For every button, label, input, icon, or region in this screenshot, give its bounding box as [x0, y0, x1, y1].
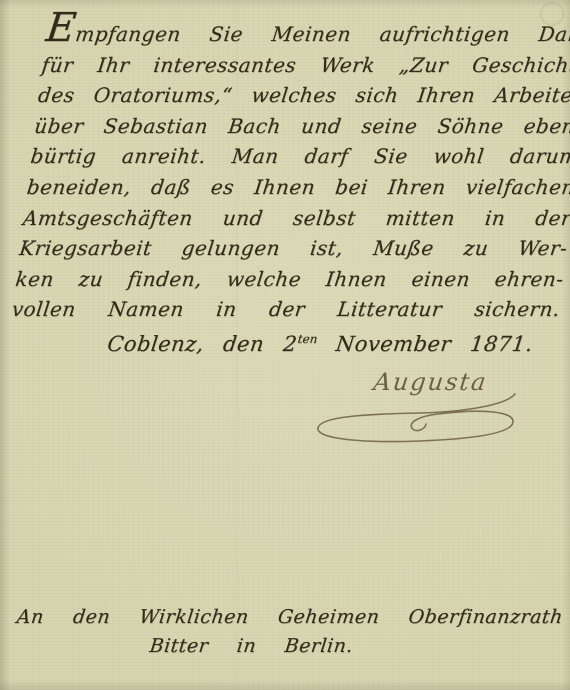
letter-body-line: beneiden, daß es Ihnen bei Ihren vielfac… [25, 172, 570, 203]
letter-body-line: Kriegsarbeit gelungen ist, Muße zu Wer- [18, 233, 570, 264]
letter-body-line: ken zu finden, welche Ihnen einen ehren- [14, 264, 566, 295]
dateline-place-day: Coblenz, den 2 [106, 332, 299, 356]
signature-flourish [310, 386, 520, 446]
dateline-rest: November 1871. [315, 332, 534, 356]
letter-body-line: über Sebastian Bach und seine Söhne eben… [33, 111, 570, 142]
dateline-ordinal-suffix: ten [297, 332, 318, 346]
letter-body-line: bürtig anreiht. Man darf Sie wohl darum [29, 141, 570, 172]
letter-body-line: Amtsgeschäften und selbst mitten in der [21, 203, 570, 234]
letter-body-line: des Oratoriums,“ welches sich Ihren Arbe… [36, 80, 570, 111]
address-block: An den Wirklichen Geheimen Oberfinanzrat… [12, 606, 564, 657]
letter-body-line: Empfangen Sie Meinen aufrichtigen Dank [44, 18, 570, 50]
address-line: An den Wirklichen Geheimen Oberfinanzrat… [16, 606, 565, 628]
letter-body-line: vollen Namen in der Litteratur sichern. [10, 294, 562, 325]
address-line: Bitter in Berlin. [12, 635, 561, 657]
letter-page: Empfangen Sie Meinen aufrichtigen Dank f… [0, 0, 570, 690]
letter-body: Empfangen Sie Meinen aufrichtigen Dank f… [10, 18, 570, 325]
letter-body-line: für Ihr interessantes Werk „Zur Geschich… [40, 50, 570, 81]
dateline: Coblenz, den 2ten November 1871. [106, 332, 534, 356]
